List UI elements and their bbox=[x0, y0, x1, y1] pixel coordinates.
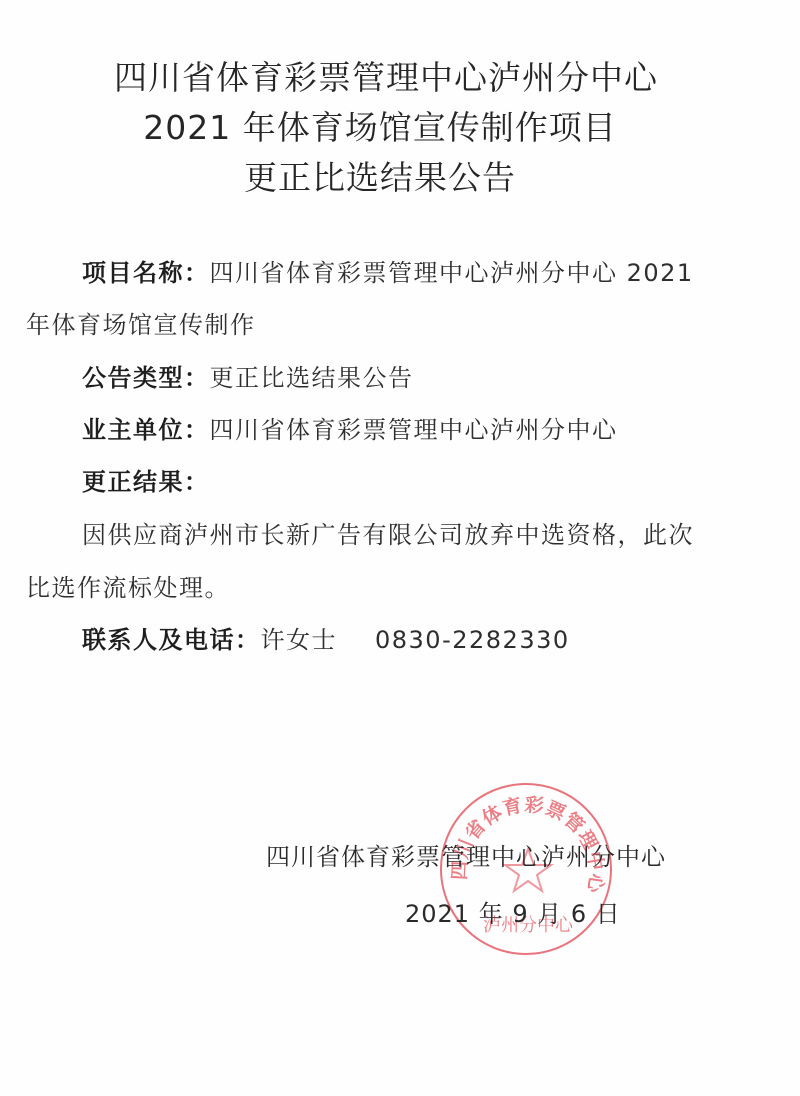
project-name-row: 项目名称：四川省体育彩票管理中心泸州分中心 2021 bbox=[82, 256, 694, 290]
project-name-value: 四川省体育彩票管理中心泸州分中心 2021 bbox=[210, 259, 694, 287]
correction-text-line-1: 因供应商泸州市长新广告有限公司放弃中选资格，此次 bbox=[82, 518, 694, 552]
project-name-label: 项目名称： bbox=[82, 259, 210, 287]
notice-type-row: 公告类型：更正比选结果公告 bbox=[82, 361, 414, 395]
owner-value: 四川省体育彩票管理中心泸州分中心 bbox=[210, 416, 618, 444]
correction-text-line-2: 比选作流标处理。 bbox=[26, 571, 230, 605]
title-line-1: 四川省体育彩票管理中心泸州分中心 bbox=[6, 56, 766, 100]
title-line-2: 2021 年体育场馆宣传制作项目 bbox=[0, 106, 760, 150]
owner-row: 业主单位：四川省体育彩票管理中心泸州分中心 bbox=[82, 413, 618, 447]
contact-label: 联系人及电话： bbox=[82, 626, 261, 654]
notice-type-label: 公告类型： bbox=[82, 364, 210, 392]
contact-row: 联系人及电话：许女士0830-2282330 bbox=[82, 623, 570, 657]
signature-organization: 四川省体育彩票管理中心泸州分中心 bbox=[266, 840, 666, 874]
project-name-continuation: 年体育场馆宣传制作 bbox=[26, 308, 256, 342]
signature-date: 2021 年 9 月 6 日 bbox=[405, 897, 621, 931]
title-line-3: 更正比选结果公告 bbox=[0, 156, 760, 200]
correction-result-row: 更正结果： bbox=[82, 465, 210, 499]
document-page: 四川省体育彩票管理中心泸州分中心 2021 年体育场馆宣传制作项目 更正比选结果… bbox=[0, 0, 800, 1096]
owner-label: 业主单位： bbox=[82, 416, 210, 444]
contact-person: 许女士 bbox=[261, 626, 338, 654]
contact-phone: 0830-2282330 bbox=[375, 626, 570, 654]
correction-result-label: 更正结果： bbox=[82, 468, 210, 496]
notice-type-value: 更正比选结果公告 bbox=[210, 364, 414, 392]
